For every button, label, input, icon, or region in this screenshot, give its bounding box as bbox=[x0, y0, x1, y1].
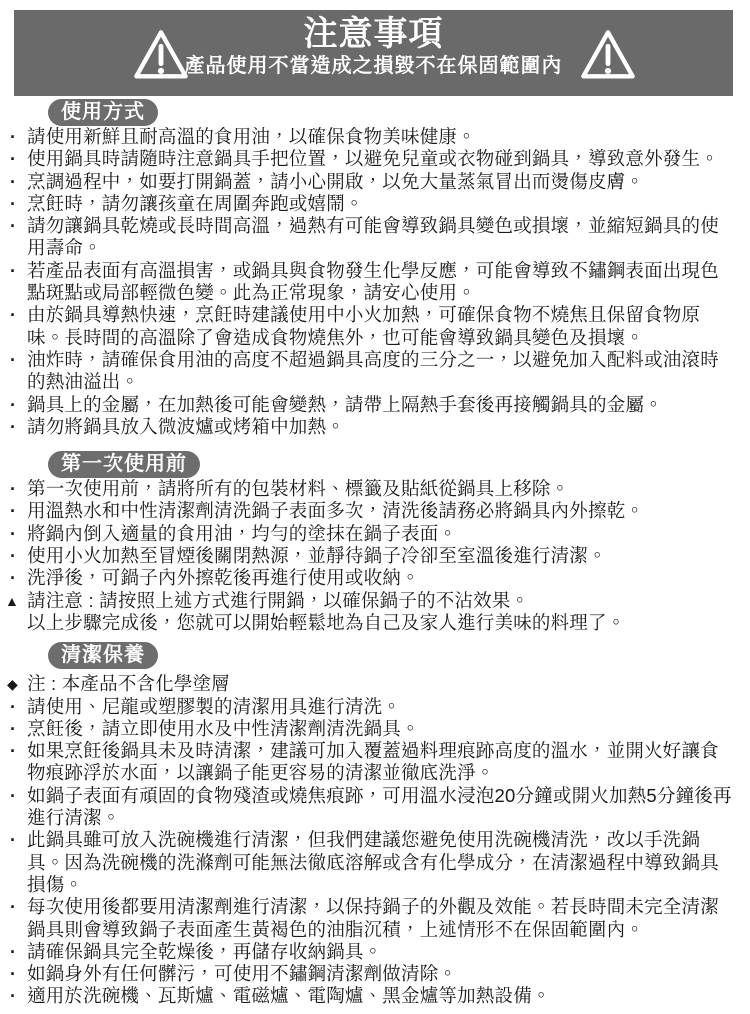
warning-banner: 注意事項 產品使用不當造成之損毀不在保固範圍內 bbox=[14, 10, 733, 96]
list-item-text: 油炸時，請確保食用油的高度不超過鍋具高度的三分之一，以避免加入配料或油滾時的熱油… bbox=[27, 349, 719, 392]
section-list: ·請使用新鮮且耐高溫的食用油，以確保食物美味健康。·使用鍋具時請隨時注意鍋具手把… bbox=[0, 126, 750, 438]
list-item: ·請確保鍋具完全乾燥後，再儲存收納鍋具。 bbox=[0, 941, 750, 963]
bullet-dot-marker: · bbox=[10, 523, 16, 545]
list-item: ·烹飪時，請勿讓孩童在周圍奔跑或嬉鬧。 bbox=[0, 193, 750, 215]
list-item-text: 若產品表面有高溫損害，或鍋具與食物發生化學反應，可能會導致不鏽鋼表面出現色點斑點… bbox=[27, 260, 719, 303]
list-item-text: 請勿將鍋具放入微波爐或烤箱中加熱。 bbox=[27, 416, 345, 437]
section-label-pill: 清潔保養 bbox=[48, 642, 158, 669]
list-item: ·適用於洗碗機、瓦斯爐、電磁爐、電陶爐、黑金爐等加熱設備。 bbox=[0, 985, 750, 1007]
bullet-dot-marker: · bbox=[10, 148, 16, 170]
bullet-dot-marker: · bbox=[10, 963, 16, 985]
list-item: ▲請注意 : 請按照上述方式進行開鍋，以確保鍋子的不沾效果。 bbox=[0, 590, 750, 612]
note-diamond-marker: ◆ bbox=[7, 673, 18, 695]
bullet-dot-marker: · bbox=[10, 941, 16, 963]
list-item-text: 烹飪後，請立即使用水及中性清潔劑清洗鍋具。 bbox=[27, 718, 420, 739]
list-item-text: 第一次使用前，請將所有的包裝材料、標籤及貼紙從鍋具上移除。 bbox=[27, 478, 569, 499]
section-label-pill: 第一次使用前 bbox=[48, 451, 200, 478]
list-item: ·請勿讓鍋具乾燒或長時間高溫，過熱有可能會導致鍋具變色或損壞，並縮短鍋具的使用壽… bbox=[0, 215, 750, 260]
bullet-dot-marker: · bbox=[10, 567, 16, 589]
list-item-text: 烹調過程中，如要打開鍋蓋，請小心開啟，以免大量蒸氣冒出而燙傷皮膚。 bbox=[27, 171, 644, 192]
list-item-text: 請使用新鮮且耐高溫的食用油，以確保食物美味健康。 bbox=[27, 126, 476, 147]
section: 使用方式 ·請使用新鮮且耐高溫的食用油，以確保食物美味健康。·使用鍋具時請隨時注… bbox=[0, 96, 750, 438]
list-item: ·請使用新鮮且耐高溫的食用油，以確保食物美味健康。 bbox=[0, 126, 750, 148]
bullet-dot-marker: · bbox=[10, 215, 16, 237]
warning-triangle-right-icon bbox=[579, 27, 637, 83]
list-item-text: 使用鍋具時請隨時注意鍋具手把位置，以避免兒童或衣物碰到鍋具，導致意外發生。 bbox=[27, 148, 719, 169]
bullet-dot-marker: · bbox=[10, 349, 16, 371]
bullet-dot-marker: · bbox=[10, 394, 16, 416]
bullet-dot-marker: · bbox=[10, 829, 16, 851]
list-item: ·第一次使用前，請將所有的包裝材料、標籤及貼紙從鍋具上移除。 bbox=[0, 478, 750, 500]
list-item-text: 烹飪時，請勿讓孩童在周圍奔跑或嬉鬧。 bbox=[27, 193, 364, 214]
list-item-text: 洗淨後，可鍋子內外擦乾後再進行使用或收納。 bbox=[27, 567, 420, 588]
list-item-text: 注 : 本產品不含化學塗層 bbox=[27, 673, 230, 694]
list-item-text: 如果烹飪後鍋具未及時清潔，建議可加入覆蓋過料理痕跡高度的溫水，並開火好讓食物痕跡… bbox=[27, 740, 719, 783]
bullet-dot-marker: · bbox=[10, 785, 16, 807]
bullet-dot-marker: · bbox=[10, 696, 16, 718]
list-item-text: 請勿讓鍋具乾燒或長時間高溫，過熱有可能會導致鍋具變色或損壞，並縮短鍋具的使用壽命… bbox=[27, 215, 719, 258]
list-item-text: 請使用、尼龍或塑膠製的清潔用具進行清洗。 bbox=[27, 696, 401, 717]
list-item-text: 請確保鍋具完全乾燥後，再儲存收納鍋具。 bbox=[27, 941, 382, 962]
list-item-text: 用溫熱水和中性清潔劑清洗鍋子表面多次，清洗後請務必將鍋具內外擦乾。 bbox=[27, 500, 644, 521]
list-item-text: 使用小火加熱至冒煙後關閉熱源，並靜待鍋子冷卻至室溫後進行清潔。 bbox=[27, 545, 607, 566]
list-item-text: 如鍋子表面有頑固的食物殘渣或燒焦痕跡，可用溫水浸泡20分鐘或開火加熱5分鐘後再進… bbox=[27, 785, 732, 828]
list-item-text: 如鍋身外有任何髒污，可使用不鏽鋼清潔劑做清除。 bbox=[27, 963, 457, 984]
section: 第一次使用前 ·第一次使用前，請將所有的包裝材料、標籤及貼紙從鍋具上移除。·用溫… bbox=[0, 438, 750, 634]
section-list: ·第一次使用前，請將所有的包裝材料、標籤及貼紙從鍋具上移除。·用溫熱水和中性清潔… bbox=[0, 478, 750, 634]
bullet-dot-marker: · bbox=[10, 985, 16, 1007]
warning-triangle-left-icon bbox=[132, 27, 190, 83]
list-item-text: 以上步驟完成後，您就可以開始輕鬆地為自己及家人進行美味的料理了。 bbox=[27, 612, 625, 633]
bullet-dot-marker: · bbox=[10, 260, 16, 282]
bullet-dot-marker: · bbox=[10, 896, 16, 918]
sections-container: 使用方式 ·請使用新鮮且耐高溫的食用油，以確保食物美味健康。·使用鍋具時請隨時注… bbox=[0, 96, 750, 1008]
list-item: ·如果烹飪後鍋具未及時清潔，建議可加入覆蓋過料理痕跡高度的溫水，並開火好讓食物痕… bbox=[0, 740, 750, 785]
bullet-dot-marker: · bbox=[10, 304, 16, 326]
list-item: ◆注 : 本產品不含化學塗層 bbox=[0, 673, 750, 695]
list-item: ·使用小火加熱至冒煙後關閉熱源，並靜待鍋子冷卻至室溫後進行清潔。 bbox=[0, 545, 750, 567]
section-label: 使用方式 bbox=[61, 101, 145, 123]
list-item: 以上步驟完成後，您就可以開始輕鬆地為自己及家人進行美味的料理了。 bbox=[0, 612, 750, 634]
bullet-dot-marker: · bbox=[10, 500, 16, 522]
list-item-text: 將鍋內倒入適量的食用油，均勻的塗抹在鍋子表面。 bbox=[27, 523, 457, 544]
list-item-text: 每次使用後都要用清潔劑進行清潔，以保持鍋子的外觀及效能。若長時間未完全清潔鍋具則… bbox=[27, 896, 719, 939]
section-list: ◆注 : 本產品不含化學塗層·請使用、尼龍或塑膠製的清潔用具進行清洗。·烹飪後，… bbox=[0, 673, 750, 1007]
list-item-text: 此鍋具雖可放入洗碗機進行清潔，但我們建議您避免使用洗碗機清洗，改以手洗鍋具。因為… bbox=[27, 829, 719, 895]
list-item: ·如鍋子表面有頑固的食物殘渣或燒焦痕跡，可用溫水浸泡20分鐘或開火加熱5分鐘後再… bbox=[0, 785, 750, 830]
list-item-text: 請注意 : 請按照上述方式進行開鍋，以確保鍋子的不沾效果。 bbox=[27, 590, 529, 611]
bullet-dot-marker: · bbox=[10, 478, 16, 500]
list-item-text: 由於鍋具導熱快速，烹飪時建議使用中小火加熱，可確保食物不燒焦且保留食物原味。長時… bbox=[27, 304, 700, 347]
section: 清潔保養 ◆注 : 本產品不含化學塗層·請使用、尼龍或塑膠製的清潔用具進行清洗。… bbox=[0, 634, 750, 1007]
list-item: ·將鍋內倒入適量的食用油，均勻的塗抹在鍋子表面。 bbox=[0, 523, 750, 545]
list-item: ·用溫熱水和中性清潔劑清洗鍋子表面多次，清洗後請務必將鍋具內外擦乾。 bbox=[0, 500, 750, 522]
bullet-dot-marker: · bbox=[10, 718, 16, 740]
list-item-text: 適用於洗碗機、瓦斯爐、電磁爐、電陶爐、黑金爐等加熱設備。 bbox=[27, 985, 551, 1006]
section-label: 清潔保養 bbox=[61, 644, 145, 666]
list-item: ·烹飪後，請立即使用水及中性清潔劑清洗鍋具。 bbox=[0, 718, 750, 740]
list-item: ·如鍋身外有任何髒污，可使用不鏽鋼清潔劑做清除。 bbox=[0, 963, 750, 985]
section-label-pill: 使用方式 bbox=[48, 99, 158, 126]
list-item: ·若產品表面有高溫損害，或鍋具與食物發生化學反應，可能會導致不鏽鋼表面出現色點斑… bbox=[0, 260, 750, 305]
notice-triangle-marker: ▲ bbox=[5, 590, 19, 612]
list-item: ·使用鍋具時請隨時注意鍋具手把位置，以避免兒童或衣物碰到鍋具，導致意外發生。 bbox=[0, 148, 750, 170]
list-item-text: 鍋具上的金屬，在加熱後可能會變熱，請帶上隔熱手套後再接觸鍋具的金屬。 bbox=[27, 394, 663, 415]
list-item: ·請勿將鍋具放入微波爐或烤箱中加熱。 bbox=[0, 416, 750, 438]
bullet-dot-marker: · bbox=[10, 545, 16, 567]
list-item: ·烹調過程中，如要打開鍋蓋，請小心開啟，以免大量蒸氣冒出而燙傷皮膚。 bbox=[0, 171, 750, 193]
list-item: ·請使用、尼龍或塑膠製的清潔用具進行清洗。 bbox=[0, 696, 750, 718]
list-item: ·每次使用後都要用清潔劑進行清潔，以保持鍋子的外觀及效能。若長時間未完全清潔鍋具… bbox=[0, 896, 750, 941]
bullet-dot-marker: · bbox=[10, 171, 16, 193]
bullet-dot-marker: · bbox=[10, 740, 16, 762]
bullet-dot-marker: · bbox=[10, 193, 16, 215]
bullet-dot-marker: · bbox=[10, 126, 16, 148]
list-item: ·鍋具上的金屬，在加熱後可能會變熱，請帶上隔熱手套後再接觸鍋具的金屬。 bbox=[0, 394, 750, 416]
list-item: ·洗淨後，可鍋子內外擦乾後再進行使用或收納。 bbox=[0, 567, 750, 589]
bullet-dot-marker: · bbox=[10, 416, 16, 438]
section-label: 第一次使用前 bbox=[61, 453, 187, 475]
list-item: ·油炸時，請確保食用油的高度不超過鍋具高度的三分之一，以避免加入配料或油滾時的熱… bbox=[0, 349, 750, 394]
list-item: ·此鍋具雖可放入洗碗機進行清潔，但我們建議您避免使用洗碗機清洗，改以手洗鍋具。因… bbox=[0, 829, 750, 896]
list-item: ·由於鍋具導熱快速，烹飪時建議使用中小火加熱，可確保食物不燒焦且保留食物原味。長… bbox=[0, 304, 750, 349]
